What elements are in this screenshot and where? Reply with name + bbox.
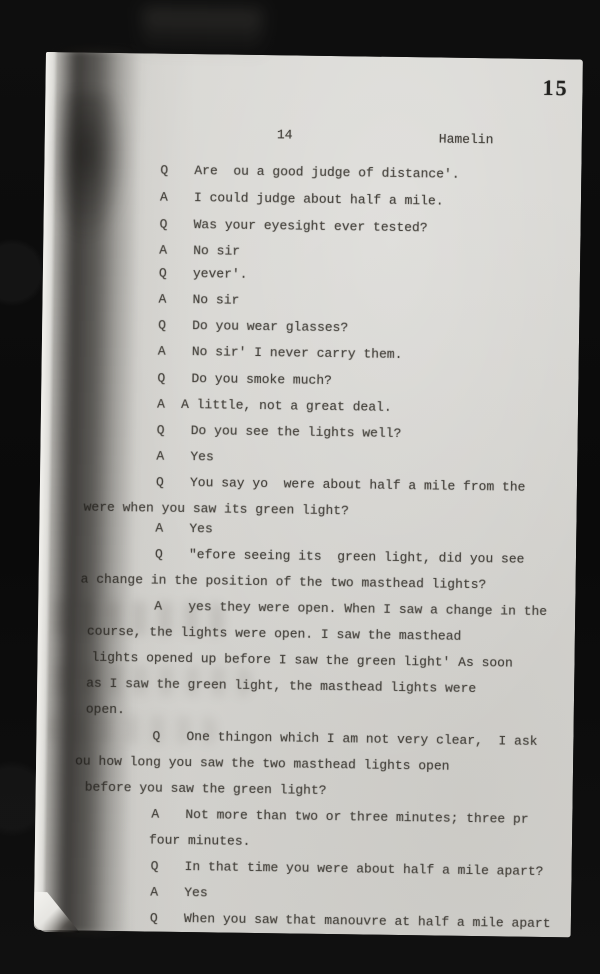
line-text: Yes [184,885,208,900]
line-text: No sir' I never carry them. [192,344,403,362]
speaker-marker: Q [155,547,163,562]
line-text: No sir [193,243,240,259]
line-text: No sir [192,292,239,308]
line-text: I could judge about half a mile. [194,190,444,208]
speaker-marker: Q [156,475,164,490]
line-text: When you saw that manouvre at half a mil… [184,911,551,931]
line-text: yes they were open. When I saw a change … [188,599,547,619]
line-text: lights opened up before I saw the green … [91,650,512,671]
speaker-marker: A [160,190,168,205]
line-text: four minutes. [149,833,251,849]
line-text: Was your eyesight ever tested? [194,217,428,235]
line-text: Yes [189,521,213,536]
line-text: Do you see the lights well? [191,423,402,441]
line-text: A little, not a great deal. [181,397,392,415]
line-text: as I saw the green light, the masthead l… [86,676,476,696]
speaker-marker: Q [151,859,159,874]
speaker-marker: Q [159,266,167,281]
speaker-marker: A [158,344,166,359]
speaker-marker: A [151,807,159,822]
line-text: Not more than two or three minutes; thre… [185,807,528,827]
line-text: Yes [190,449,214,464]
speaker-marker: A [155,521,163,536]
line-text: yever'. [193,266,248,282]
scanner-background: 15 14 Hamelin QAre ou a good judge of di… [0,0,600,974]
speaker-marker: A [150,885,158,900]
document-page: 15 14 Hamelin QAre ou a good judge of di… [34,52,583,937]
speaker-marker: A [159,243,167,258]
speaker-marker: Q [150,911,158,926]
scan-smudge-artifact [142,7,263,55]
speaker-marker: A [158,292,166,307]
line-text: Do you wear glasses? [192,318,348,335]
speaker-marker: Q [152,729,160,744]
speaker-marker: Q [158,318,166,333]
line-text: You say yo were about half a mile from t… [190,475,526,495]
speaker-marker: Q [157,423,165,438]
line-text: Are ou a good judge of distance'. [194,163,459,182]
speaker-marker: Q [160,163,168,178]
speaker-marker: Q [160,217,168,232]
speaker-marker: Q [157,371,165,386]
line-text: "efore seeing its green light, did you s… [189,547,525,567]
line-text: One thingon which I am not very clear, I… [186,729,537,749]
line-text: Do you smoke much? [191,371,332,388]
speaker-marker: A [157,397,165,412]
line-text: In that time you were about half a mile … [185,859,544,879]
speaker-marker: A [154,599,162,614]
line-text: course, the lights were open. I saw the … [87,624,462,644]
speaker-marker: A [156,449,164,464]
line-text: a change in the position of the two mast… [81,572,487,593]
binding-fold-shadow-bulge [57,92,129,243]
